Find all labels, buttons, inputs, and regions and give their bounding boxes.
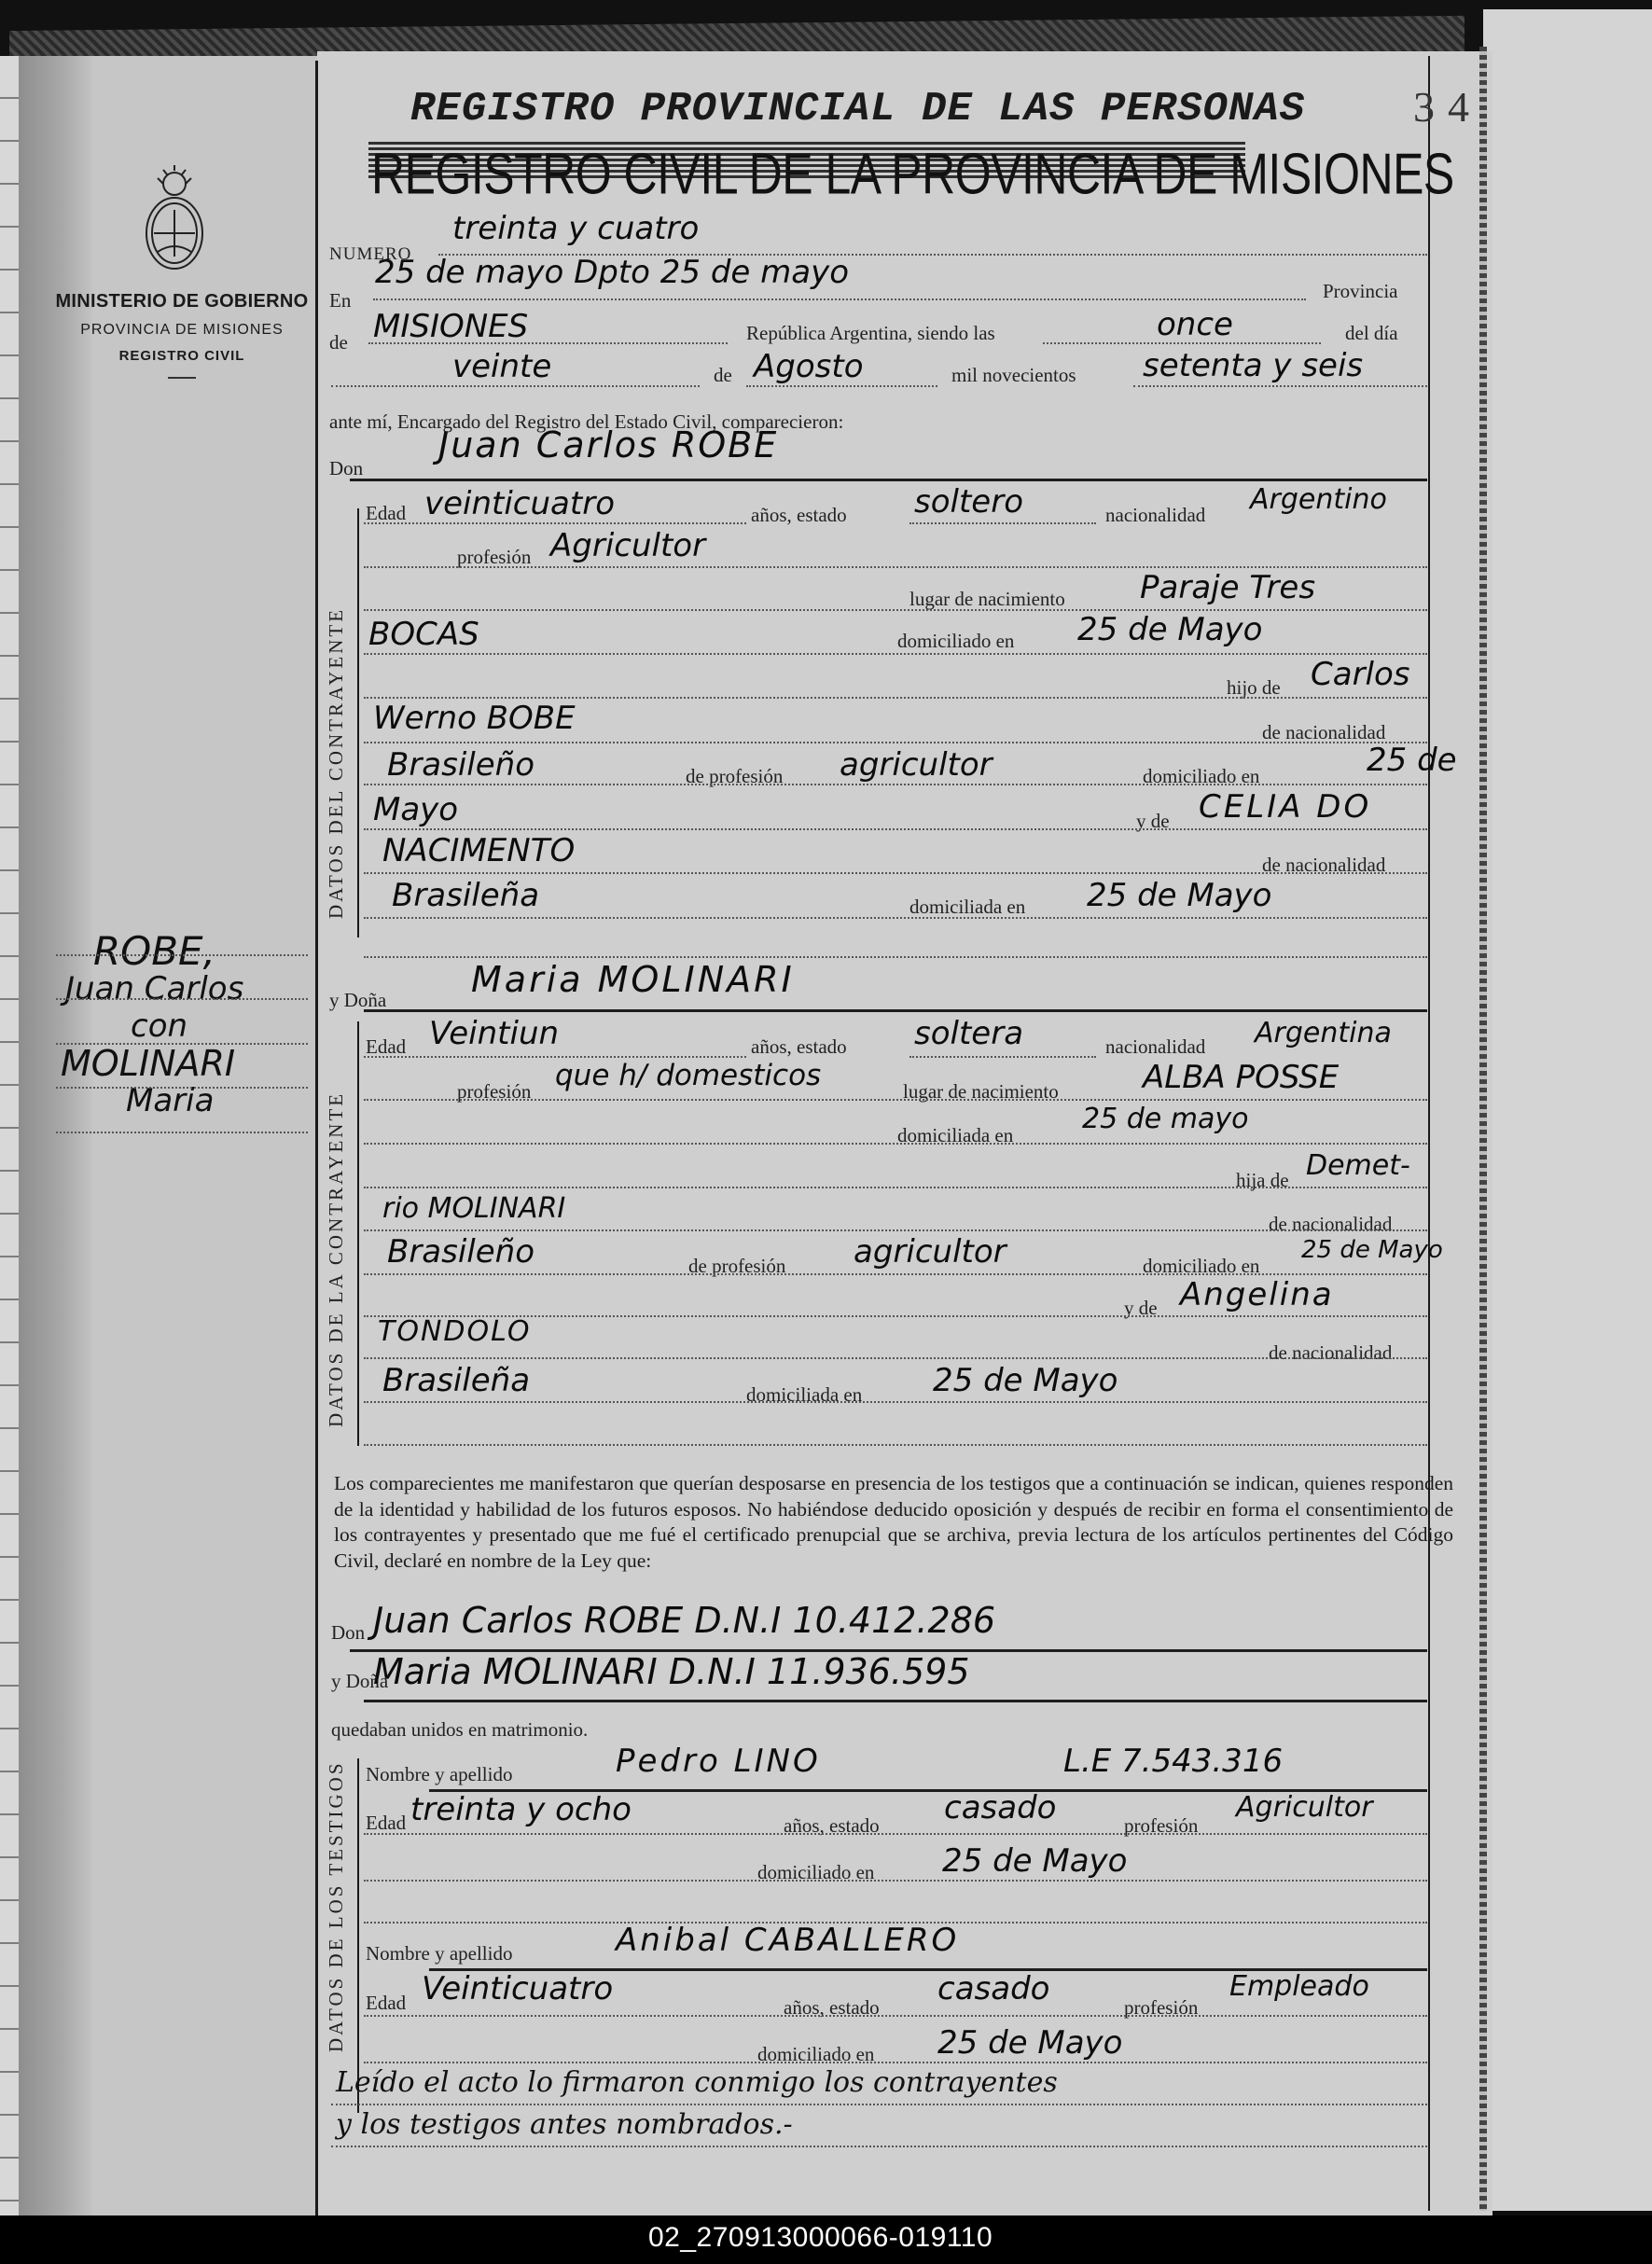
- testigo-2-edad-label: Edad: [366, 1992, 406, 2015]
- page-stitching: [1479, 47, 1487, 2211]
- contrayenta-anios-estado-label: años, estado: [751, 1035, 847, 1059]
- republica-label: República Argentina, siendo las: [746, 322, 995, 345]
- contrayente-edad: veinticuatro: [424, 485, 615, 522]
- provincia-value: MISIONES: [373, 308, 528, 345]
- left-frame-line: [315, 61, 318, 2215]
- declaration-text: Los comparecientes me manifestaron que q…: [334, 1471, 1453, 1574]
- contrayenta-madre-nacionalidad-label: de nacionalidad: [1269, 1341, 1392, 1365]
- coat-of-arms-icon: [135, 163, 215, 275]
- margin-line-2: Juan Carlos: [56, 970, 298, 1007]
- testigo-1-edad-label: Edad: [366, 1812, 406, 1835]
- contrayenta-madre-domiciliada-label: domiciliada en: [746, 1383, 862, 1407]
- testigos-bracket: [357, 1758, 359, 2113]
- contrayenta-edad: Veintiun: [429, 1015, 559, 1052]
- testigo-2-estado: casado: [937, 1970, 1049, 2007]
- ministry-line-1: MINISTERIO DE GOBIERNO: [51, 291, 312, 313]
- contrayenta-bracket: [357, 1021, 359, 1446]
- contrayenta-nacionalidad-label: nacionalidad: [1105, 1035, 1205, 1059]
- testigo-2-profesion: Empleado: [1229, 1970, 1369, 2003]
- right-frame-line: [1428, 56, 1430, 2211]
- contrayenta-padre-nacionalidad: Brasileño: [387, 1233, 534, 1271]
- margin-line-4: MOLINARI: [56, 1045, 298, 1082]
- header-title-typed: REGISTRO PROVINCIAL DE LAS PERSONAS: [410, 86, 1305, 132]
- testigo-2-domicilio: 25 de Mayo: [937, 2024, 1122, 2062]
- declaration-dona: Maria MOLINARI D.N.I 11.936.595: [373, 1651, 970, 1692]
- header-strikethrough: [368, 142, 1245, 181]
- declaration-don: Juan Carlos ROBE D.N.I 10.412.286: [373, 1600, 995, 1641]
- contrayente-madre-domicilio: 25 de Mayo: [1087, 877, 1271, 914]
- en-value: 25 de mayo Dpto 25 de mayo: [375, 254, 849, 291]
- contrayente-madre-nacionalidad: Brasileña: [392, 877, 539, 914]
- dia-value: veinte: [452, 348, 551, 385]
- provincia-label: Provincia: [1323, 280, 1397, 303]
- testigo-1-estado: casado: [944, 1789, 1056, 1826]
- numero-value: treinta y cuatro: [452, 210, 699, 247]
- mil-label: mil novecientos: [951, 364, 1076, 387]
- contrayente-bracket: [357, 508, 359, 938]
- del-dia-label: del día: [1345, 322, 1398, 345]
- contrayente-estado: soltero: [914, 483, 1023, 521]
- section-label-contrayenta: DATOS DE LA CONTRAYENTE: [325, 1091, 348, 1427]
- nacionalidad-label: nacionalidad: [1105, 504, 1205, 527]
- image-identifier: 02_270913000066-019110: [648, 2222, 993, 2254]
- contrayenta-madre-2: TONDOLO: [378, 1315, 532, 1348]
- contrayenta-nacionalidad: Argentina: [1255, 1017, 1392, 1049]
- domiciliado-label: domiciliado en: [897, 630, 1014, 653]
- testigo-2-nombre-label: Nombre y apellido: [366, 1942, 512, 1965]
- contrayente-nacionalidad: Argentino: [1250, 483, 1387, 516]
- anio-value: setenta y seis: [1143, 347, 1363, 384]
- contrayenta-de-nacionalidad-label: de nacionalidad: [1269, 1213, 1392, 1236]
- declaration-don-label: Don: [331, 1621, 365, 1645]
- hija-de-label: hija de: [1236, 1169, 1289, 1192]
- contrayenta-estado: soltera: [914, 1015, 1023, 1052]
- contrayenta-profesion: que h/ domesticos: [555, 1059, 821, 1092]
- contrayenta-madre-domicilio: 25 de Mayo: [933, 1362, 1118, 1399]
- testigo-1-nombre-label: Nombre y apellido: [366, 1763, 512, 1786]
- page-gutter-shadow: [19, 56, 93, 2220]
- ministry-line-3: REGISTRO CIVIL: [51, 348, 312, 364]
- testigo-1-edad: treinta y ocho: [410, 1791, 632, 1828]
- left-page-ruled-edge: [0, 56, 19, 2220]
- contrayente-padre-domicilio-2: Mayo: [373, 791, 458, 828]
- contrayenta-lugar: ALBA POSSE: [1143, 1059, 1339, 1096]
- contrayenta-padre-1: Demet-: [1306, 1149, 1410, 1182]
- contrayenta-domicilio: 25 de mayo: [1082, 1103, 1248, 1135]
- contrayente-madre-2: NACIMENTO: [382, 832, 575, 869]
- closing-note-line-1: Leído el acto lo firmaron conmigo los co…: [336, 2066, 1058, 2099]
- margin-line-1: ROBE,: [56, 933, 298, 970]
- hora-value: once: [1157, 306, 1233, 343]
- declaration-closing: quedaban unidos en matrimonio.: [331, 1718, 588, 1742]
- margin-line-3: con: [56, 1007, 298, 1045]
- page-number: 34: [1413, 82, 1482, 132]
- contrayente-padre-1: Carlos: [1311, 656, 1410, 693]
- closing-note-line-2: y los testigos antes nombrados.-: [336, 2108, 793, 2141]
- don-label: Don: [329, 457, 363, 480]
- anios-estado-label: años, estado: [751, 504, 847, 527]
- contrayente-padre-2: Werno BOBE: [373, 700, 576, 737]
- ministry-divider: [168, 377, 196, 379]
- contrayenta-madre-1: Angelina: [1180, 1276, 1334, 1313]
- contrayente-nombre: Juan Carlos ROBE: [438, 424, 778, 465]
- contrayenta-nombre: Maria MOLINARI: [471, 959, 795, 1000]
- contrayente-lugar-1: Paraje Tres: [1140, 569, 1315, 606]
- contrayenta-padre-2: rio MOLINARI: [382, 1192, 565, 1225]
- contrayenta-madre-nacionalidad: Brasileña: [382, 1362, 530, 1399]
- margin-annotation: ROBE, Juan Carlos con MOLINARI Maria: [56, 933, 298, 1119]
- lugar-nacimiento-label: lugar de nacimiento: [909, 588, 1065, 611]
- testigo-1-documento: L.E 7.543.316: [1063, 1743, 1283, 1780]
- section-label-testigos: DATOS DE LOS TESTIGOS: [325, 1761, 348, 2053]
- en-label: En: [329, 289, 351, 313]
- testigo-2-edad: Veinticuatro: [422, 1970, 613, 2007]
- contrayente-padre-profesion: agricultor: [840, 746, 993, 784]
- contrayente-lugar-2: BOCAS: [368, 616, 479, 653]
- madre-domiciliada-label: domiciliada en: [909, 896, 1025, 919]
- section-label-contrayente: DATOS DEL CONTRAYENTE: [325, 607, 348, 919]
- ministry-block: MINISTERIO DE GOBIERNO PROVINCIA DE MISI…: [51, 291, 312, 379]
- contrayenta-padre-domicilio: 25 de Mayo: [1301, 1236, 1443, 1264]
- testigo-1-domicilio: 25 de Mayo: [942, 1842, 1127, 1880]
- contrayente-padre-nacionalidad: Brasileño: [387, 746, 534, 784]
- contrayente-domicilio: 25 de Mayo: [1077, 611, 1262, 648]
- mes-value: Agosto: [754, 348, 864, 385]
- de-mes-label: de: [714, 364, 732, 387]
- de-label: de: [329, 331, 348, 354]
- testigo-1-profesion: Agricultor: [1236, 1791, 1373, 1824]
- ministry-line-2: PROVINCIA DE MISIONES: [51, 322, 312, 339]
- contrayente-profesion: Agricultor: [550, 527, 705, 564]
- right-page-margin: [1483, 9, 1652, 2211]
- testigo-1-nombre: Pedro LINO: [616, 1743, 821, 1780]
- contrayente-madre-1: CELIA DO: [1199, 788, 1371, 826]
- testigo-2-nombre: Anibal CABALLERO: [616, 1922, 959, 1959]
- contrayenta-padre-profesion: agricultor: [854, 1233, 1006, 1271]
- contrayente-padre-domicilio-1: 25 de: [1367, 742, 1457, 779]
